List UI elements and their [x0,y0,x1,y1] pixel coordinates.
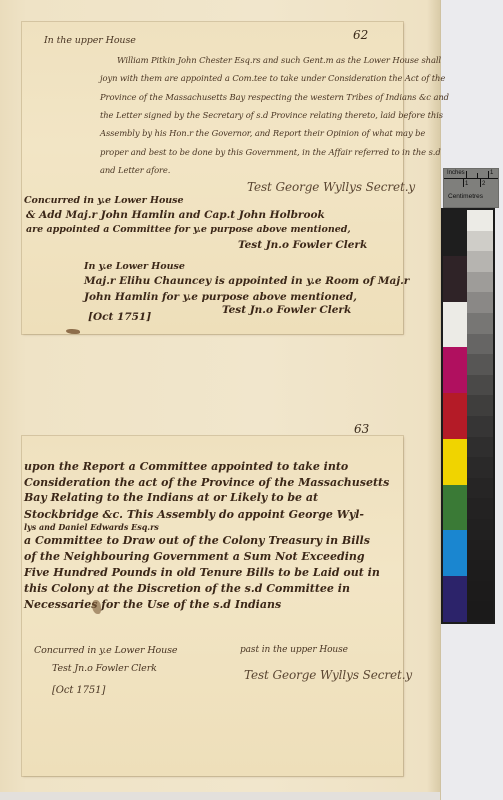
text-line: Five Hundred Pounds in old Tenure Bills … [24,567,380,578]
ruler-centimetres-label: Centimetres [448,193,483,200]
color-patch-blue [443,530,467,576]
color-patch-white [443,302,467,348]
ruler-tick [480,179,481,187]
grayscale-patch-column [467,210,493,622]
color-patch-red [443,393,467,439]
manuscript-sheet-lower: upon the Report a Committee appointed to… [22,436,403,776]
clerk-signature: Test Jn.o Fowler Clerk [238,240,367,251]
gray-patch-11 [467,437,493,458]
text-line: Assembly by his Hon.r the Governor, and … [100,129,425,137]
text-line: this Colony at the Discretion of the s.d… [24,583,350,594]
concurrence-line: Concurred in y.e Lower House [34,646,177,656]
gray-patch-0 [467,210,493,231]
ruler-cm-mark: 2 [482,181,485,187]
text-line: a Committee to Draw out of the Colony Tr… [24,535,370,546]
color-patch-purple [443,576,467,622]
text-line: joyn with them are appointed a Com.tee t… [100,74,445,82]
gray-patch-5 [467,313,493,334]
folio-number-62: 62 [353,28,368,42]
manuscript-sheet-upper: 62 In the upper House William Pitkin Joh… [22,22,403,334]
text-line: proper and best to be done by this Gover… [100,148,441,156]
gray-patch-4 [467,292,493,313]
gray-patch-1 [467,231,493,252]
color-patch-yellow [443,439,467,485]
text-line: William Pitkin John Chester Esq.rs and s… [117,56,441,64]
gray-patch-15 [467,519,493,540]
ruler-tick [463,179,464,187]
gray-patch-9 [467,395,493,416]
text-line: of the Neighbouring Government a Sum Not… [24,551,365,562]
concurrence-line: are appointed a Committee for y.e purpos… [26,225,351,235]
clerk-signature: Test Jn.o Fowler Clerk [222,305,351,316]
date-annotation: [Oct 1751] [88,312,151,323]
gray-patch-3 [467,272,493,293]
gray-patch-8 [467,375,493,396]
header-line: In the upper House [44,36,136,46]
text-line: upon the Report a Committee appointed to… [24,461,348,472]
concurrence-line: & Add Maj.r John Hamlin and Cap.t John H… [26,210,325,221]
lower-house-line: Maj.r Elihu Chauncey is appointed in y.e… [84,276,409,287]
gray-patch-16 [467,540,493,561]
text-line: the Letter signed by the Secretary of s.… [100,111,443,119]
ruler-inches-label: Inches [447,170,465,176]
ruler-tick [477,173,478,178]
passed-line: past in the upper House [240,646,348,655]
gray-patch-2 [467,251,493,272]
text-line: Consideration the act of the Province of… [24,477,389,488]
secretary-signature: Test George Wyllys Secret.y [244,669,412,681]
text-line: and Letter afore. [100,166,170,174]
ruler-baseline [444,178,498,179]
lower-house-line: John Hamlin for y.e purpose above mentio… [84,292,357,303]
color-patch-black [443,210,467,256]
gray-patch-7 [467,354,493,375]
text-line: Necessaries for the Use of the s.d India… [24,599,281,610]
gray-patch-13 [467,478,493,499]
ink-blot [92,600,101,614]
date-annotation: [Oct 1751] [52,686,105,696]
ruler-inch-mark: 1 [490,170,493,176]
color-patch-dark-brown [443,256,467,302]
gray-patch-14 [467,498,493,519]
measurement-ruler: Inches 1 1 2 Centimetres [443,168,499,208]
gray-patch-18 [467,581,493,602]
ruler-tick [488,171,489,178]
secretary-signature: Test George Wyllys Secret.y [247,181,415,193]
color-patch-green [443,485,467,531]
gray-patch-17 [467,560,493,581]
text-line: Bay Relating to the Indians at or Likely… [24,492,318,503]
gray-patch-10 [467,416,493,437]
text-line: Province of the Massachusetts Bay respec… [100,93,449,101]
ruler-cm-mark: 1 [465,181,468,187]
backing-page-edge [0,792,440,800]
color-patch-magenta [443,347,467,393]
text-line: lys and Daniel Edwards Esq.rs [24,523,159,531]
ink-stain [66,329,80,334]
gray-patch-6 [467,334,493,355]
concurrence-line: Concurred in y.e Lower House [24,196,184,206]
folio-number-63: 63 [354,422,369,436]
gray-patch-12 [467,457,493,478]
gray-patch-19 [467,601,493,622]
lower-house-line: In y.e Lower House [84,262,185,272]
clerk-signature: Test Jn.o Fowler Clerk [52,664,157,674]
ruler-tick [466,171,467,178]
color-patch-column [443,210,467,622]
text-line: Stockbridge &c. This Assembly do appoint… [24,509,364,520]
